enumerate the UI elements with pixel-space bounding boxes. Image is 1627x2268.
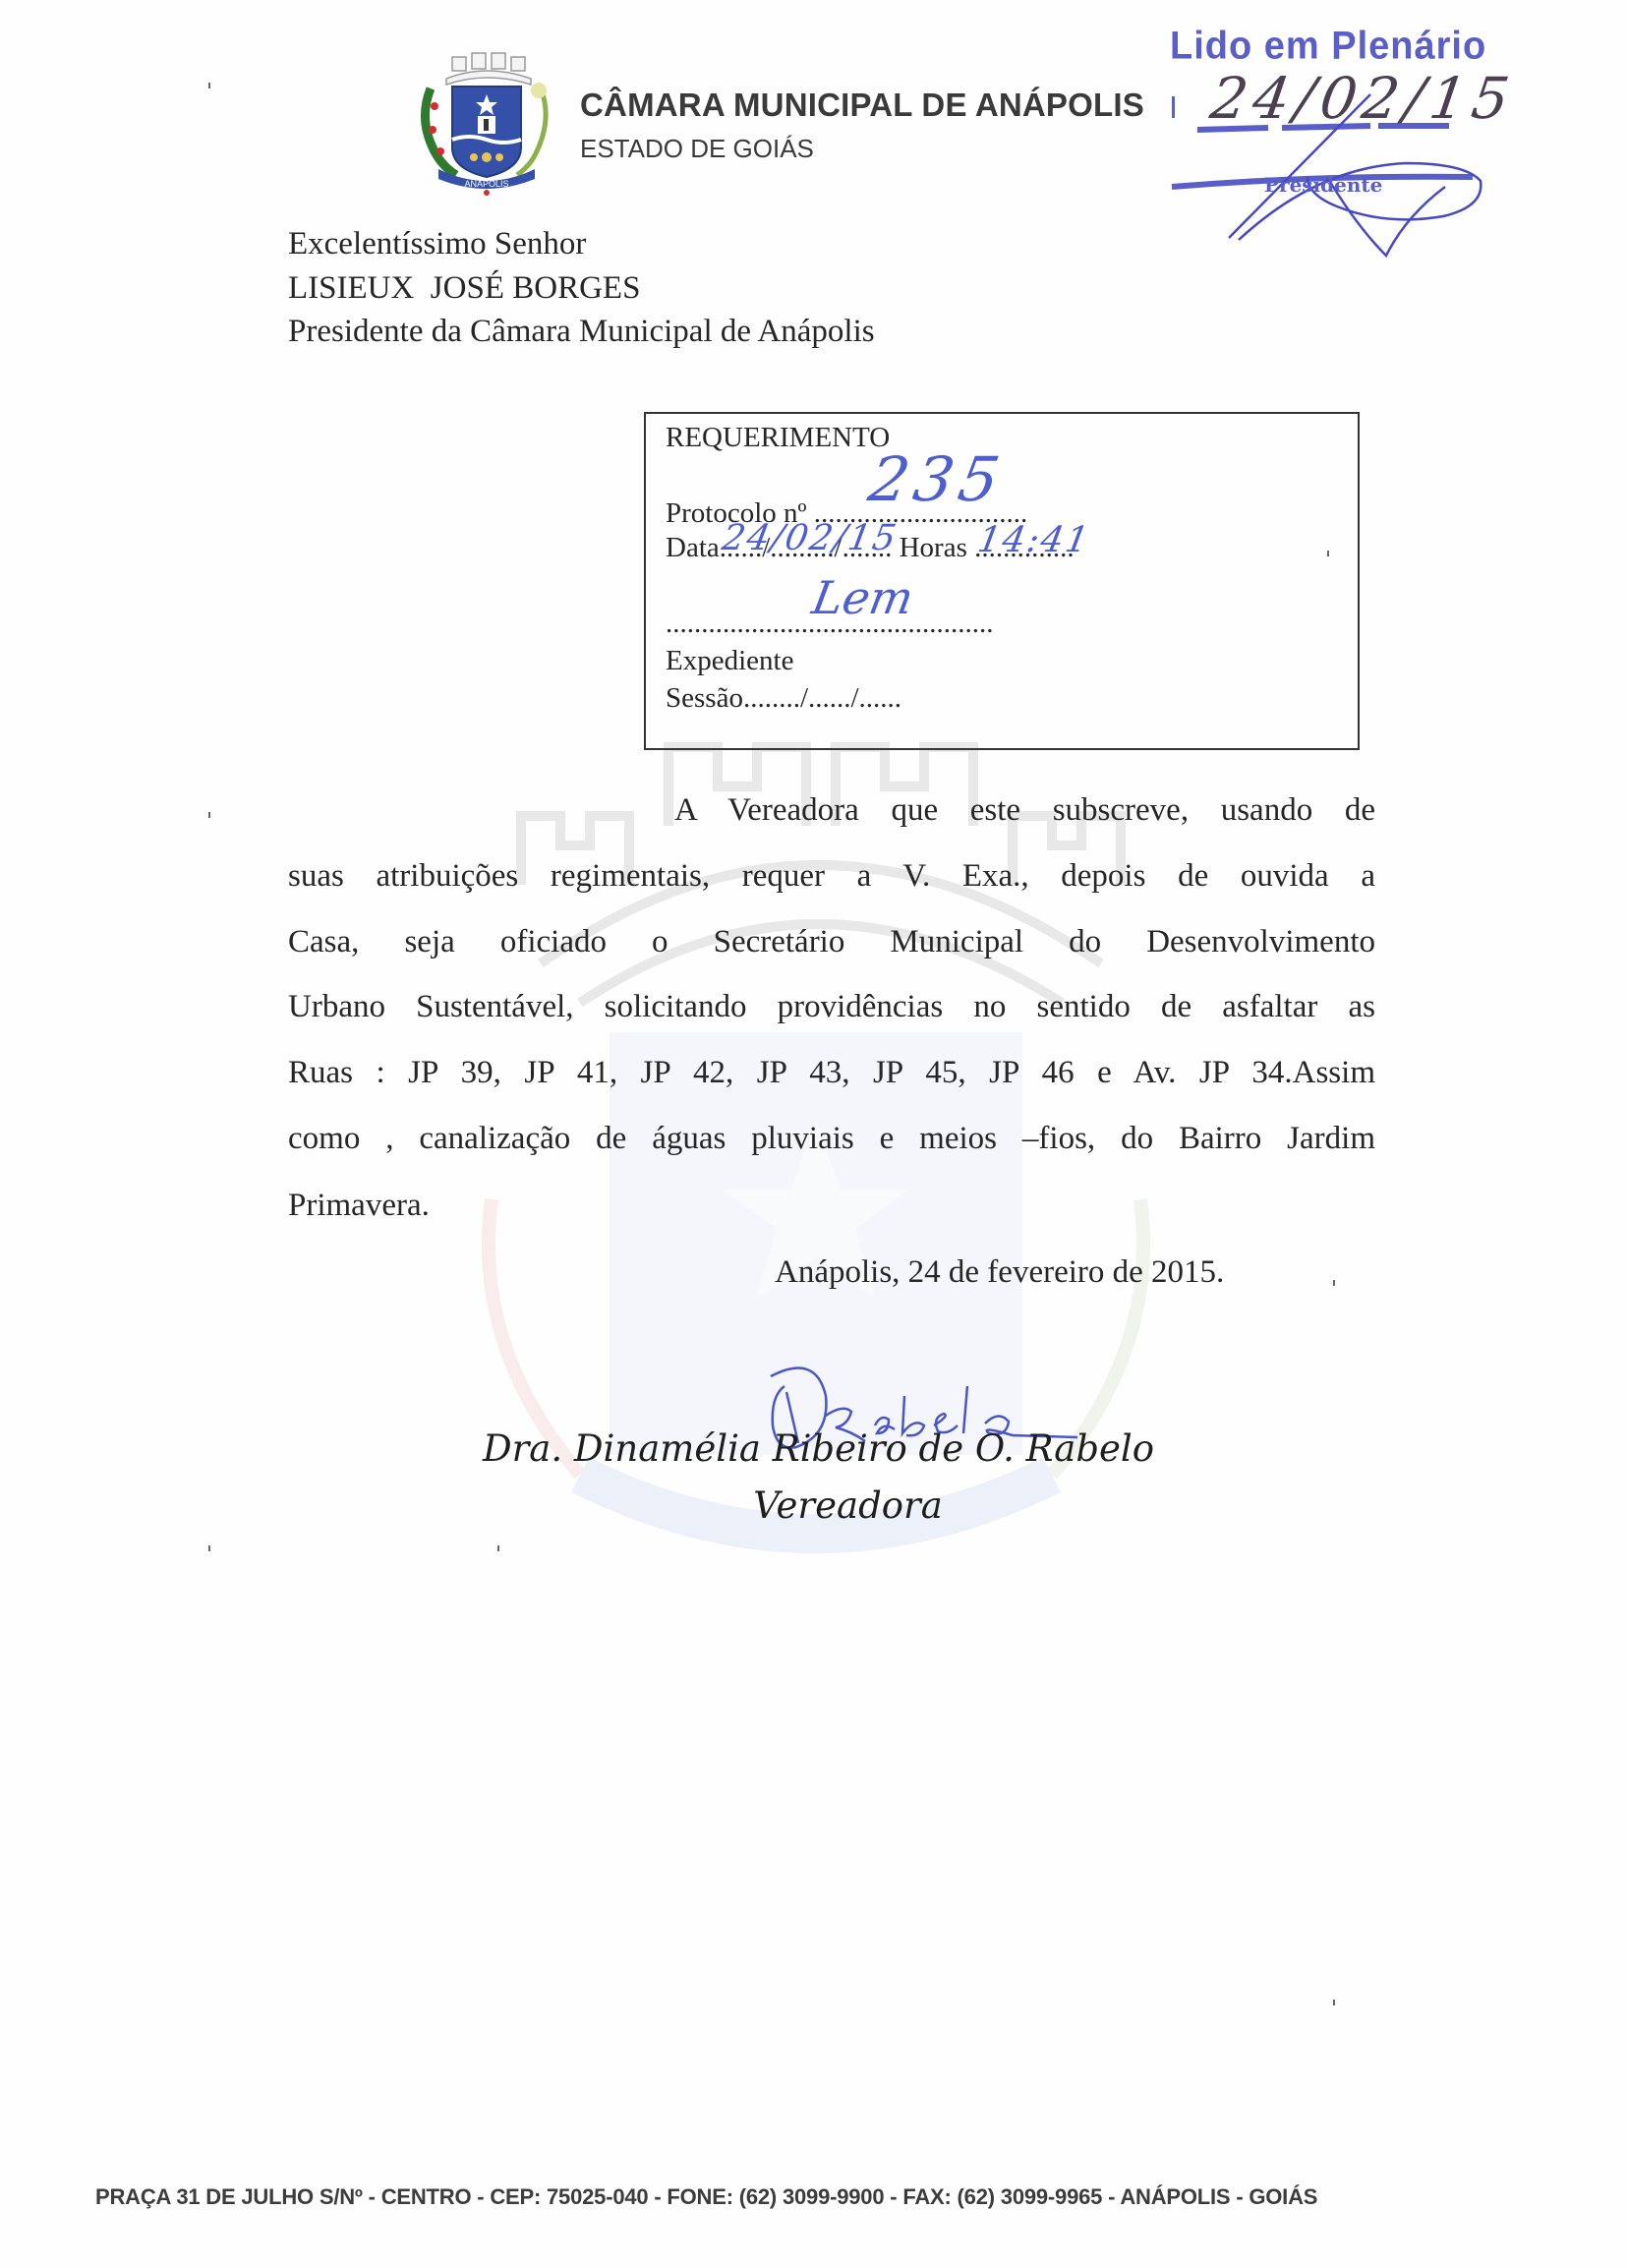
scan-speck — [497, 1545, 499, 1551]
organization-title: CÂMARA MUNICIPAL DE ANÁPOLIS — [580, 87, 1144, 124]
stamp-handwritten-date: 24/02/15 — [1206, 65, 1519, 132]
time-handwritten: 14:41 — [974, 520, 1093, 560]
body-line: como , canalização de águas pluviais e m… — [288, 1121, 1375, 1157]
scan-speck — [1333, 1280, 1335, 1286]
stamp-role: Presidente — [1264, 173, 1382, 197]
addressee-salutation: Excelentíssimo Senhor — [288, 222, 875, 266]
sessao-field-label: Sessão......../....../...... — [666, 682, 901, 715]
body-line: suas atribuições regimentais, requer a V… — [288, 858, 1375, 895]
scan-speck — [1333, 2000, 1335, 2006]
scan-speck — [208, 1545, 210, 1551]
expediente-label: Expediente — [666, 645, 793, 677]
document-page: ANÁPOLIS CÂMARA MUNICIPAL DE ANÁPOLIS ES… — [0, 0, 1627, 2268]
body-line: Ruas : JP 39, JP 41, JP 42, JP 43, JP 45… — [288, 1055, 1375, 1091]
request-protocol-box: REQUERIMENTO Protocolo nº ..............… — [644, 412, 1360, 750]
body-line: A Vereadora que este subscreve, usando d… — [674, 792, 1375, 829]
scan-speck — [1327, 551, 1329, 556]
footer-address: PRAÇA 31 DE JULHO S/Nº - CENTRO - CEP: 7… — [95, 2184, 1317, 2210]
body-line: Casa, seja oficiado o Secretário Municip… — [288, 924, 1375, 960]
signer-role: Vereadora — [0, 1484, 1627, 1527]
signer-name: Dra. Dinamélia Ribeiro de O. Rabelo — [0, 1427, 1627, 1470]
body-line: Primavera. — [288, 1188, 1375, 1224]
place-and-date: Anápolis, 24 de fevereiro de 2015. — [775, 1254, 1224, 1291]
svg-text:ANÁPOLIS: ANÁPOLIS — [464, 179, 508, 189]
coat-of-arms-logo-icon: ANÁPOLIS — [415, 49, 558, 197]
scan-speck — [208, 83, 210, 88]
addressee-block: Excelentíssimo Senhor LISIEUX JOSÉ BORGE… — [288, 222, 875, 354]
reading-mark-handwritten: Lem — [808, 571, 917, 624]
scan-speck — [208, 812, 210, 818]
body-line: Urbano Sustentável, solicitando providên… — [288, 989, 1375, 1025]
protocol-number-handwritten: 235 — [864, 443, 1011, 515]
date-handwritten: 24/02/15 — [719, 518, 901, 558]
addressee-name: LISIEUX JOSÉ BORGES — [288, 266, 875, 311]
addressee-title: Presidente da Câmara Municipal de Anápol… — [288, 310, 875, 354]
organization-subtitle: ESTADO DE GOIÁS — [580, 134, 814, 164]
stamp-title: Lido em Plenário — [1170, 25, 1486, 69]
request-heading: REQUERIMENTO — [666, 422, 890, 454]
